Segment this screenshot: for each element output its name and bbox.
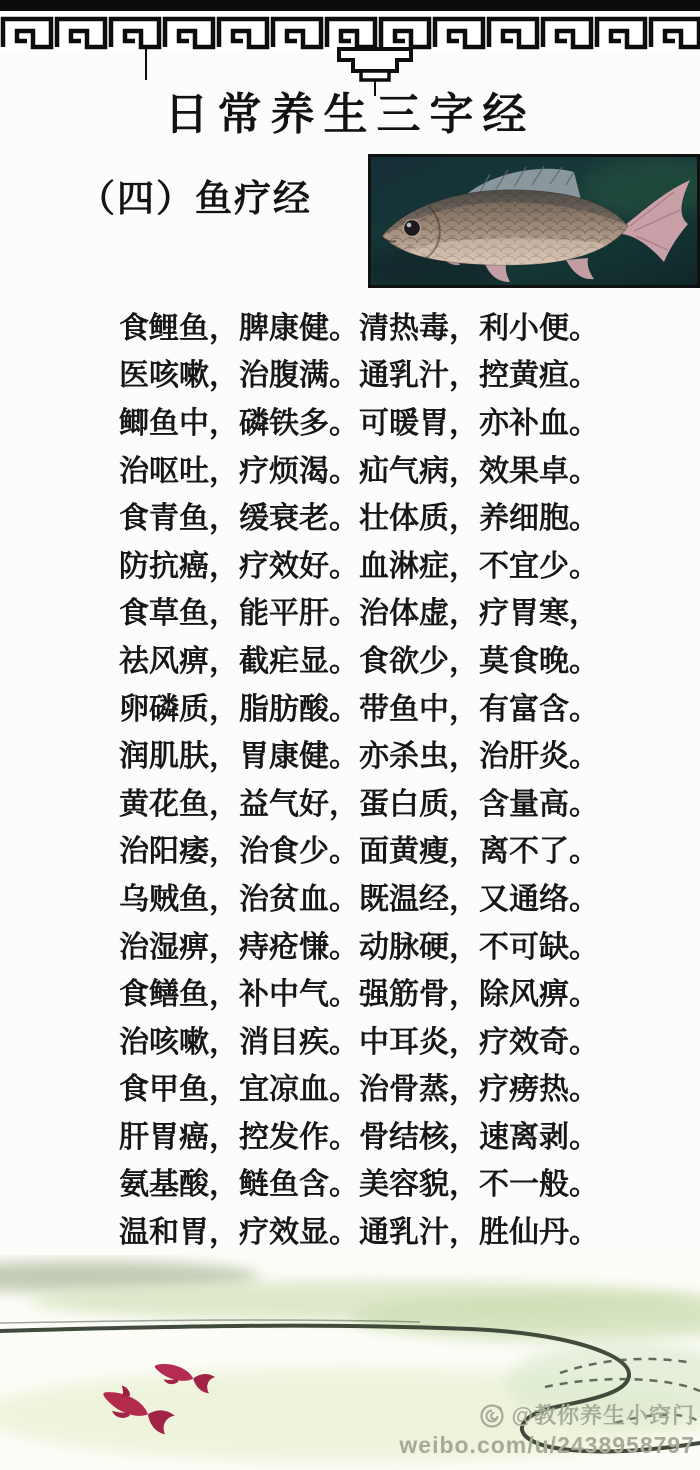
verse-half-left: 食草鱼，能平肝。 bbox=[119, 588, 359, 632]
verse-half-right: 治体虚，疗胃寒， bbox=[359, 588, 599, 632]
verse-line: 卵磷质，脂肪酸。带鱼中，有富含。 bbox=[119, 682, 597, 730]
verse-half-right: 带鱼中，有富含。 bbox=[359, 684, 599, 728]
verse-line: 防抗癌，疗效好。血淋症，不宜少。 bbox=[119, 539, 597, 587]
verse-half-left: 医咳嗽，治腹满。 bbox=[119, 350, 359, 394]
verse-half-left: 鲫鱼中，磷铁多。 bbox=[119, 398, 359, 442]
verse-half-left: 肝胃癌，控发作。 bbox=[119, 1112, 359, 1156]
verse-line: 食青鱼，缓衰老。壮体质，养细胞。 bbox=[119, 491, 597, 539]
verse-half-left: 黄花鱼，益气好， bbox=[119, 779, 359, 823]
verse-line: 鲫鱼中，磷铁多。可暖胃，亦补血。 bbox=[119, 396, 597, 444]
verse-half-right: 骨结核，速离剥。 bbox=[359, 1112, 599, 1156]
verse-half-right: 强筋骨，除风痹。 bbox=[359, 969, 599, 1013]
weibo-logo-icon bbox=[479, 1403, 505, 1429]
verse-half-left: 治阳痿，治食少。 bbox=[119, 826, 359, 870]
verse-half-right: 血淋症，不宜少。 bbox=[359, 541, 599, 585]
verse-half-left: 治呕吐，疗烦渴。 bbox=[119, 446, 359, 490]
verse-block: 食鲤鱼，脾康健。清热毒，利小便。医咳嗽，治腹满。通乳汁，控黄疸。鲫鱼中，磷铁多。… bbox=[119, 301, 597, 1253]
verse-half-right: 美容貌，不一般。 bbox=[359, 1159, 599, 1203]
verse-half-left: 乌贼鱼，治贫血。 bbox=[119, 874, 359, 918]
border-top-bar bbox=[0, 0, 700, 11]
verse-half-right: 动脉硬，不可缺。 bbox=[359, 922, 599, 966]
verse-line: 润肌肤，胃康健。亦杀虫，治肝炎。 bbox=[119, 729, 597, 777]
verse-line: 氨基酸，鲢鱼含。美容貌，不一般。 bbox=[119, 1158, 597, 1206]
verse-half-left: 治咳嗽，消目疾。 bbox=[119, 1017, 359, 1061]
verse-half-left: 食鲤鱼，脾康健。 bbox=[119, 303, 359, 347]
verse-line: 温和胃，疗效显。通乳汁，胜仙丹。 bbox=[119, 1205, 597, 1253]
verse-line: 肝胃癌，控发作。骨结核，速离剥。 bbox=[119, 1110, 597, 1158]
poster: 日常养生三字经 （四）鱼疗经 bbox=[0, 0, 700, 1470]
verse-half-left: 食青鱼，缓衰老。 bbox=[119, 493, 359, 537]
verse-line: 食鲤鱼，脾康健。清热毒，利小便。 bbox=[119, 301, 597, 349]
verse-half-left: 卵磷质，脂肪酸。 bbox=[119, 684, 359, 728]
verse-line: 食鳝鱼，补中气。强筋骨，除风痹。 bbox=[119, 967, 597, 1015]
verse-line: 食草鱼，能平肝。治体虚，疗胃寒， bbox=[119, 587, 597, 635]
verse-line: 祛风痹，截疟显。食欲少，莫食晚。 bbox=[119, 634, 597, 682]
verse-line: 医咳嗽，治腹满。通乳汁，控黄疸。 bbox=[119, 349, 597, 397]
verse-half-right: 疝气病，效果卓。 bbox=[359, 446, 599, 490]
verse-half-left: 温和胃，疗效显。 bbox=[119, 1207, 359, 1251]
verse-half-right: 治骨蒸，疗痨热。 bbox=[359, 1064, 599, 1108]
verse-line: 治呕吐，疗烦渴。疝气病，效果卓。 bbox=[119, 444, 597, 492]
watermark-url: weibo.com/u/2438958797 bbox=[399, 1432, 695, 1460]
verse-half-right: 既温经，又通络。 bbox=[359, 874, 599, 918]
verse-line: 食甲鱼，宜凉血。治骨蒸，疗痨热。 bbox=[119, 1063, 597, 1111]
verse-half-right: 蛋白质，含量高。 bbox=[359, 779, 599, 823]
weibo-watermark: @教你养生小窍门 weibo.com/u/2438958797 bbox=[399, 1403, 695, 1460]
verse-half-left: 氨基酸，鲢鱼含。 bbox=[119, 1159, 359, 1203]
verse-half-left: 润肌肤，胃康健。 bbox=[119, 731, 359, 775]
verse-half-left: 治湿痹，痔疮慊。 bbox=[119, 922, 359, 966]
page-title: 日常养生三字经 bbox=[0, 78, 700, 142]
verse-half-right: 可暖胃，亦补血。 bbox=[359, 398, 599, 442]
verse-line: 黄花鱼，益气好，蛋白质，含量高。 bbox=[119, 777, 597, 825]
verse-line: 治湿痹，痔疮慊。动脉硬，不可缺。 bbox=[119, 920, 597, 968]
verse-half-right: 亦杀虫，治肝炎。 bbox=[359, 731, 599, 775]
verse-half-right: 清热毒，利小便。 bbox=[359, 303, 599, 347]
watermark-handle: @教你养生小窍门 bbox=[512, 1403, 695, 1429]
verse-half-right: 中耳炎，疗效奇。 bbox=[359, 1017, 599, 1061]
verse-half-right: 面黄瘦，离不了。 bbox=[359, 826, 599, 870]
carp-photo bbox=[368, 154, 700, 288]
verse-half-left: 防抗癌，疗效好。 bbox=[119, 541, 359, 585]
verse-half-right: 通乳汁，控黄疸。 bbox=[359, 350, 599, 394]
verse-half-left: 祛风痹，截疟显。 bbox=[119, 636, 359, 680]
verse-line: 乌贼鱼，治贫血。既温经，又通络。 bbox=[119, 872, 597, 920]
verse-half-right: 通乳汁，胜仙丹。 bbox=[359, 1207, 599, 1251]
section-heading: （四）鱼疗经 bbox=[78, 168, 312, 222]
verse-line: 治咳嗽，消目疾。中耳炎，疗效奇。 bbox=[119, 1015, 597, 1063]
verse-half-left: 食甲鱼，宜凉血。 bbox=[119, 1064, 359, 1108]
verse-half-right: 食欲少，莫食晚。 bbox=[359, 636, 599, 680]
verse-half-right: 壮体质，养细胞。 bbox=[359, 493, 599, 537]
verse-line: 治阳痿，治食少。面黄瘦，离不了。 bbox=[119, 825, 597, 873]
verse-half-left: 食鳝鱼，补中气。 bbox=[119, 969, 359, 1013]
